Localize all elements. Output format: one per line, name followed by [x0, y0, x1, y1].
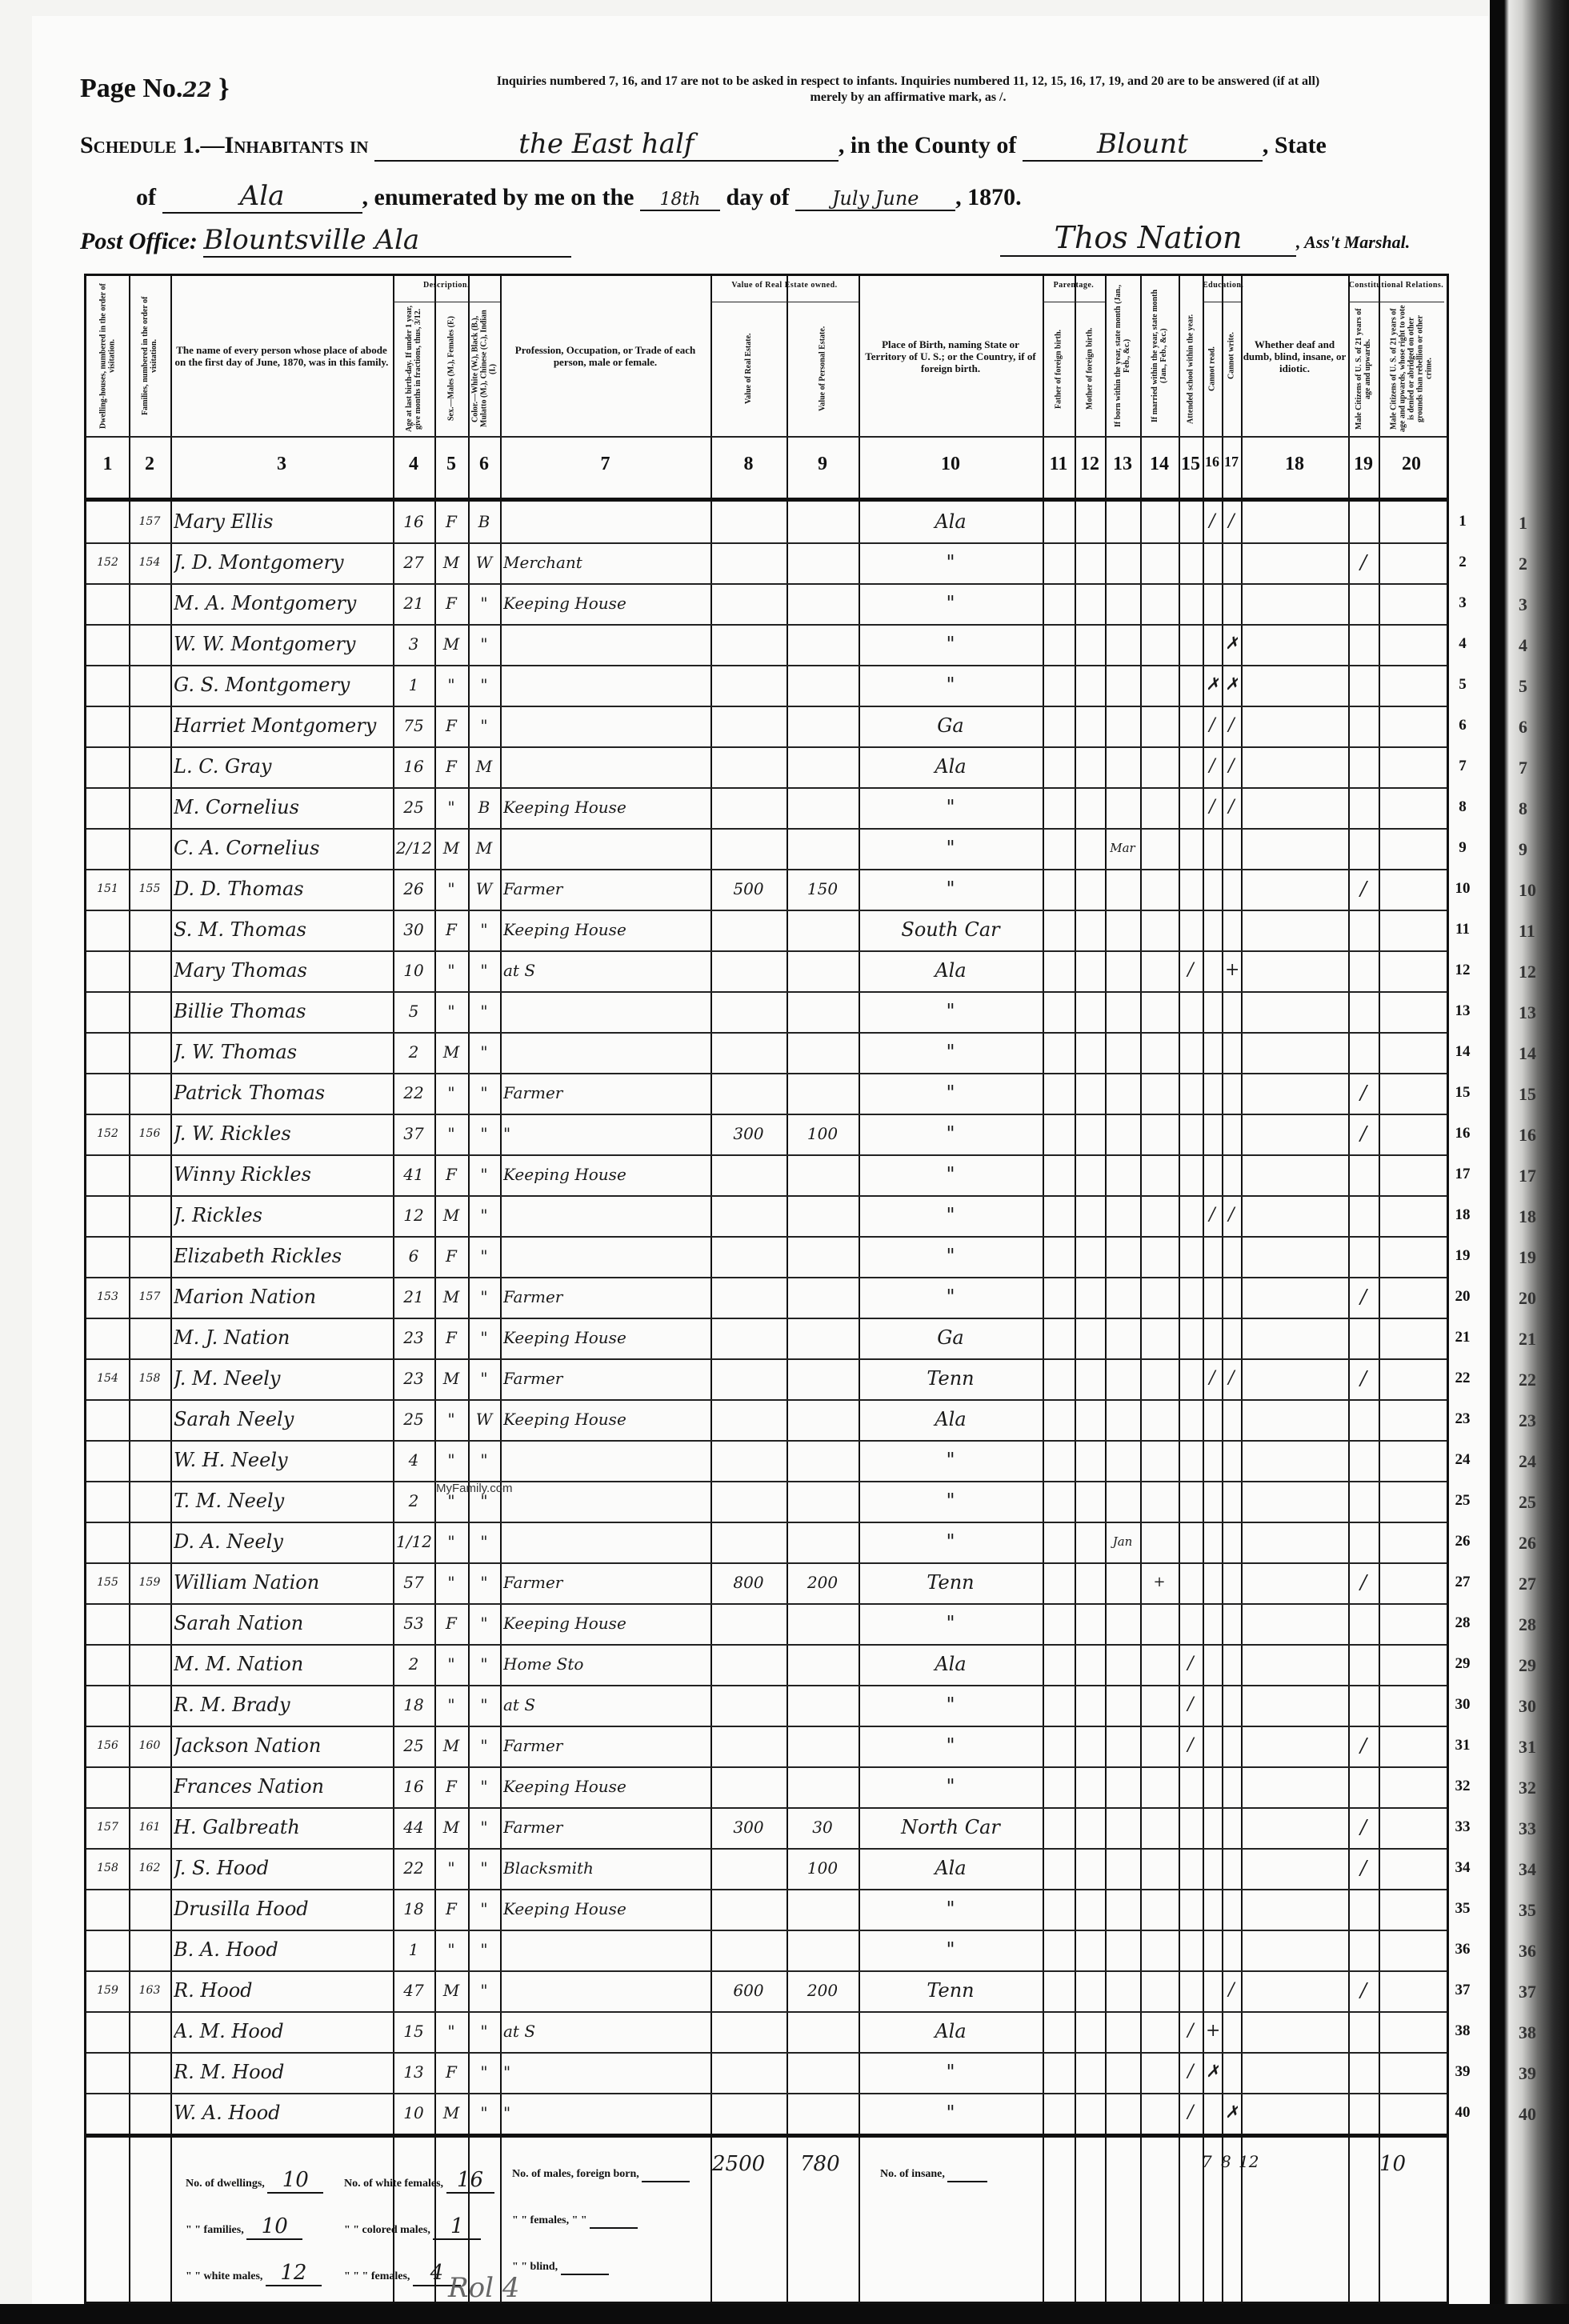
- cell-age: 16: [396, 1766, 431, 1806]
- cell-sex: ": [438, 1073, 465, 1113]
- binding-line-number: 25: [1519, 1492, 1536, 1513]
- column-divider: [434, 276, 436, 2302]
- cell-real: 500: [714, 869, 783, 909]
- cell-sex: M: [438, 1195, 465, 1235]
- group-real-estate: Value of Real Estate owned.: [710, 281, 859, 290]
- subdivision-field: the East half: [374, 128, 839, 162]
- line-number: 16: [1451, 1125, 1475, 1142]
- group-underline: [393, 302, 500, 302]
- summary-divider: [86, 2134, 1447, 2138]
- cell-color: ": [471, 1889, 497, 1929]
- cell-age: 44: [396, 1807, 431, 1847]
- cell-birthplace: Ala: [862, 502, 1039, 542]
- cell-sex: ": [438, 991, 465, 1031]
- cell-sex: ": [438, 1848, 465, 1888]
- cell-age: 22: [396, 1073, 431, 1113]
- cell-sex: F: [438, 1236, 465, 1276]
- cell-dwelling: 158: [90, 1848, 126, 1888]
- binding-line-number: 32: [1519, 1778, 1536, 1798]
- binding-line-number: 35: [1519, 1900, 1536, 1921]
- summary-colored-males: " " colored males, 1: [344, 2214, 481, 2240]
- column-divider: [1043, 276, 1044, 2302]
- header-divider: [86, 436, 1447, 438]
- cell-sex: M: [438, 828, 465, 868]
- column-header-19: Male Citizens of U. S. of 21 years of ag…: [1350, 305, 1377, 433]
- cell-color: W: [471, 1399, 497, 1439]
- cell-name: J. W. Rickles: [174, 1114, 390, 1154]
- cell-real: 800: [714, 1562, 783, 1602]
- cell-name: M. M. Nation: [174, 1644, 390, 1684]
- cell-age: 6: [396, 1236, 431, 1276]
- column-header-1: Dwelling-houses, numbered in the order o…: [88, 279, 127, 433]
- binding-line-number: 40: [1519, 2104, 1536, 2125]
- cell-birthplace: ": [862, 1930, 1039, 1970]
- cell-color: B: [471, 502, 497, 542]
- cell-color: ": [471, 2052, 497, 2092]
- column-divider: [1222, 276, 1223, 2302]
- cell-name: J. S. Hood: [174, 1848, 390, 1888]
- line-number: 23: [1451, 1410, 1475, 1428]
- cell-age: 25: [396, 787, 431, 827]
- cell-personal: 100: [790, 1848, 855, 1888]
- cell-sex: ": [438, 1644, 465, 1684]
- cell-age: 13: [396, 2052, 431, 2092]
- cell-name: R. Hood: [174, 1970, 390, 2010]
- cell-color: ": [471, 2093, 497, 2133]
- cell-birthplace: ": [862, 583, 1039, 623]
- cell-name: William Nation: [174, 1562, 390, 1602]
- cell-c16: /: [1206, 1195, 1219, 1235]
- line-number: 38: [1451, 2022, 1475, 2040]
- column-number-12: 12: [1075, 454, 1105, 475]
- cell-birthplace: Ala: [862, 746, 1039, 786]
- group-underline: [1348, 302, 1444, 302]
- cell-name: W. A. Hood: [174, 2093, 390, 2133]
- column-number-6: 6: [468, 454, 500, 475]
- column-header-13: If born within the year, state month (Ja…: [1107, 279, 1139, 433]
- cell-birthplace: ": [862, 787, 1039, 827]
- cell-occupation: Farmer: [503, 1277, 707, 1317]
- binding-line-number: 13: [1519, 1002, 1536, 1023]
- column-header-3: The name of every person whose place of …: [172, 279, 391, 433]
- binding-line-number: 7: [1519, 758, 1527, 778]
- cell-occupation: at S: [503, 1685, 707, 1725]
- column-number-4: 4: [393, 454, 434, 475]
- line-number: 11: [1451, 921, 1475, 938]
- column-number-8: 8: [710, 454, 787, 475]
- binding-line-number: 24: [1519, 1451, 1536, 1472]
- column-divider: [1140, 276, 1142, 2302]
- cell-name: Frances Nation: [174, 1766, 390, 1806]
- state-field: Ala: [162, 180, 362, 214]
- cell-birthplace: ": [862, 1032, 1039, 1072]
- column-divider: [1379, 276, 1380, 2302]
- column-header-15: Attended school within the year.: [1180, 305, 1201, 433]
- cell-birthplace: ": [862, 991, 1039, 1031]
- line-number: 10: [1451, 880, 1475, 898]
- cell-personal: 150: [790, 869, 855, 909]
- cell-age: 10: [396, 2093, 431, 2133]
- cell-age: 37: [396, 1114, 431, 1154]
- cell-color: ": [471, 1318, 497, 1358]
- cell-name: Billie Thomas: [174, 991, 390, 1031]
- line-number: 12: [1451, 962, 1475, 979]
- summary-families: " " families, 10: [186, 2214, 302, 2240]
- cell-name: G. S. Montgomery: [174, 665, 390, 705]
- cell-color: ": [471, 991, 497, 1031]
- cell-c15: /: [1182, 2011, 1199, 2051]
- cell-age: 57: [396, 1562, 431, 1602]
- cell-personal: 200: [790, 1970, 855, 2010]
- cell-name: R. M. Hood: [174, 2052, 390, 2092]
- total-cannot-read: 8: [1221, 2152, 1231, 2171]
- line-number: 21: [1451, 1329, 1475, 1346]
- cell-occupation: Keeping House: [503, 910, 707, 950]
- cell-c14: +: [1143, 1562, 1175, 1602]
- cell-family: 159: [132, 1562, 167, 1602]
- cell-dwelling: 159: [90, 1970, 126, 2010]
- cell-birthplace: Ala: [862, 1848, 1039, 1888]
- cell-color: ": [471, 1644, 497, 1684]
- column-divider: [787, 276, 788, 2302]
- cell-color: ": [471, 1358, 497, 1398]
- cell-age: 22: [396, 1848, 431, 1888]
- cell-color: ": [471, 910, 497, 950]
- total-real-estate: 2500: [712, 2152, 765, 2176]
- total-attended-school: 7: [1202, 2152, 1212, 2171]
- cell-name: M. J. Nation: [174, 1318, 390, 1358]
- cell-birthplace: ": [862, 1889, 1039, 1929]
- line-number: 15: [1451, 1084, 1475, 1102]
- cell-c17: /: [1225, 706, 1238, 746]
- cell-name: Patrick Thomas: [174, 1073, 390, 1113]
- column-divider: [393, 276, 394, 2302]
- cell-c15: /: [1182, 2093, 1199, 2133]
- cell-c17: +: [1225, 950, 1238, 990]
- column-number-7: 7: [500, 454, 710, 475]
- cell-age: 16: [396, 502, 431, 542]
- column-header-17: Cannot write.: [1223, 279, 1239, 433]
- cell-color: ": [471, 1522, 497, 1562]
- cell-age: 23: [396, 1358, 431, 1398]
- cell-sex: ": [438, 1114, 465, 1154]
- cell-c16: /: [1206, 502, 1219, 542]
- cell-occupation: ": [503, 2052, 707, 2092]
- cell-color: ": [471, 1848, 497, 1888]
- cell-age: 21: [396, 1277, 431, 1317]
- cell-birthplace: ": [862, 665, 1039, 705]
- cell-age: 12: [396, 1195, 431, 1235]
- cell-c19: /: [1351, 869, 1375, 909]
- cell-dwelling: 151: [90, 869, 126, 909]
- cell-sex: ": [438, 1399, 465, 1439]
- county-field: Blount: [1023, 128, 1263, 162]
- column-header-16: Cannot read.: [1204, 305, 1220, 433]
- cell-name: Elizabeth Rickles: [174, 1236, 390, 1276]
- column-header-7: Profession, Occupation, or Trade of each…: [502, 279, 709, 433]
- summary-colored-females: " " " females, 4: [344, 2261, 461, 2286]
- cell-sex: ": [438, 787, 465, 827]
- cell-sex: M: [438, 1807, 465, 1847]
- cell-name: Harriet Montgomery: [174, 706, 390, 746]
- column-number-17: 17: [1222, 454, 1241, 470]
- line-number: 2: [1451, 554, 1475, 571]
- column-number-19: 19: [1348, 454, 1379, 475]
- cell-name: Winny Rickles: [174, 1154, 390, 1194]
- binding-line-number: 2: [1519, 554, 1527, 574]
- column-divider: [468, 276, 470, 2302]
- cell-occupation: Home Sto: [503, 1644, 707, 1684]
- cell-birthplace: ": [862, 1603, 1039, 1643]
- cell-sex: M: [438, 1358, 465, 1398]
- cell-sex: F: [438, 1154, 465, 1194]
- summary-dwellings: No. of dwellings, 10: [186, 2168, 323, 2194]
- cell-birthplace: ": [862, 1236, 1039, 1276]
- line-number: 6: [1451, 717, 1475, 734]
- binding-line-number: 17: [1519, 1166, 1536, 1186]
- cell-birthplace: ": [862, 1685, 1039, 1725]
- cell-age: 25: [396, 1726, 431, 1766]
- cell-age: 2: [396, 1032, 431, 1072]
- binding-line-number: 21: [1519, 1329, 1536, 1350]
- cell-c19: /: [1351, 1807, 1375, 1847]
- total-male-citizens: 10: [1379, 2152, 1406, 2176]
- post-office-line: Post Office: Blountsville Ala: [80, 224, 571, 258]
- instructions-note: Inquiries numbered 7, 16, and 17 are not…: [348, 74, 1468, 106]
- cell-birthplace: Ga: [862, 706, 1039, 746]
- line-number: 3: [1451, 594, 1475, 612]
- cell-occupation: ": [503, 2093, 707, 2133]
- cell-age: 18: [396, 1685, 431, 1725]
- cell-c16: /: [1206, 787, 1219, 827]
- cell-age: 1: [396, 1930, 431, 1970]
- column-divider: [1203, 276, 1204, 2302]
- cell-occupation: Farmer: [503, 1807, 707, 1847]
- cell-age: 10: [396, 950, 431, 990]
- cell-sex: F: [438, 910, 465, 950]
- line-number: 39: [1451, 2063, 1475, 2081]
- cell-c16: +: [1206, 2011, 1219, 2051]
- cell-color: ": [471, 1766, 497, 1806]
- cell-birthplace: Tenn: [862, 1358, 1039, 1398]
- column-number-20: 20: [1379, 454, 1444, 475]
- binding-line-number: 22: [1519, 1370, 1536, 1390]
- cell-sex: ": [438, 665, 465, 705]
- cell-birthplace: South Car: [862, 910, 1039, 950]
- cell-family: 160: [132, 1726, 167, 1766]
- binding-line-number: 10: [1519, 880, 1536, 901]
- cell-color: ": [471, 624, 497, 664]
- watermark: MyFamily.com: [436, 1482, 513, 1495]
- cell-name: Marion Nation: [174, 1277, 390, 1317]
- line-number: 1: [1451, 513, 1475, 530]
- cell-sex: M: [438, 1277, 465, 1317]
- binding-line-number: 6: [1519, 717, 1527, 738]
- binding-line-number: 19: [1519, 1247, 1536, 1268]
- cell-occupation: ": [503, 1114, 707, 1154]
- cell-age: 1: [396, 665, 431, 705]
- cell-color: W: [471, 542, 497, 582]
- binding-line-number: 18: [1519, 1206, 1536, 1227]
- cell-sex: ": [438, 1440, 465, 1480]
- book-binding-edge: [1490, 0, 1569, 2324]
- cell-sex: M: [438, 542, 465, 582]
- cell-color: W: [471, 869, 497, 909]
- cell-c19: /: [1351, 1726, 1375, 1766]
- cell-dwelling: 152: [90, 1114, 126, 1154]
- cell-birthplace: Ala: [862, 1644, 1039, 1684]
- cell-age: 5: [396, 991, 431, 1031]
- cell-c13: Jan: [1108, 1522, 1137, 1562]
- cell-sex: ": [438, 1930, 465, 1970]
- line-number: 27: [1451, 1574, 1475, 1591]
- cell-name: J. D. Montgomery: [174, 542, 390, 582]
- line-number: 13: [1451, 1002, 1475, 1020]
- binding-line-number: 37: [1519, 1982, 1536, 2002]
- cell-name: Jackson Nation: [174, 1726, 390, 1766]
- cell-c16: ✗: [1206, 665, 1219, 705]
- cell-color: ": [471, 1073, 497, 1113]
- binding-line-number: 33: [1519, 1818, 1536, 1839]
- cell-age: 2: [396, 1481, 431, 1521]
- cell-family: 156: [132, 1114, 167, 1154]
- cell-age: 3: [396, 624, 431, 664]
- column-number-15: 15: [1179, 454, 1203, 475]
- column-divider: [129, 276, 130, 2302]
- cell-color: ": [471, 1440, 497, 1480]
- cell-real: 300: [714, 1807, 783, 1847]
- line-number: 18: [1451, 1206, 1475, 1224]
- cell-birthplace: ": [862, 869, 1039, 909]
- cell-c17: /: [1225, 787, 1238, 827]
- cell-name: S. M. Thomas: [174, 910, 390, 950]
- cell-sex: M: [438, 624, 465, 664]
- line-number: 32: [1451, 1778, 1475, 1795]
- cell-c19: /: [1351, 1073, 1375, 1113]
- line-number: 36: [1451, 1941, 1475, 1958]
- line-number: 30: [1451, 1696, 1475, 1714]
- cell-occupation: Merchant: [503, 542, 707, 582]
- cell-color: ": [471, 1603, 497, 1643]
- column-divider: [859, 276, 860, 2302]
- cell-birthplace: North Car: [862, 1807, 1039, 1847]
- cell-c19: /: [1351, 1277, 1375, 1317]
- binding-line-number: 36: [1519, 1941, 1536, 1962]
- cell-age: 18: [396, 1889, 431, 1929]
- cell-color: ": [471, 1236, 497, 1276]
- cell-sex: M: [438, 2093, 465, 2133]
- line-number: 8: [1451, 798, 1475, 816]
- binding-line-number: 23: [1519, 1410, 1536, 1431]
- line-number: 5: [1451, 676, 1475, 694]
- cell-color: ": [471, 583, 497, 623]
- cell-color: ": [471, 1726, 497, 1766]
- line-number: 33: [1451, 1818, 1475, 1836]
- cell-c19: /: [1351, 1970, 1375, 2010]
- cell-sex: F: [438, 706, 465, 746]
- census-table: Description.Value of Real Estate owned.P…: [84, 274, 1449, 2304]
- cell-birthplace: ": [862, 828, 1039, 868]
- cell-c13: Mar: [1108, 828, 1137, 868]
- cell-c15: /: [1182, 950, 1199, 990]
- column-divider: [500, 276, 502, 2302]
- cell-name: D. A. Neely: [174, 1522, 390, 1562]
- cell-birthplace: ": [862, 1726, 1039, 1766]
- cell-name: Mary Thomas: [174, 950, 390, 990]
- line-number: 20: [1451, 1288, 1475, 1306]
- cell-age: 26: [396, 869, 431, 909]
- line-number: 40: [1451, 2104, 1475, 2122]
- summary-foreign-males: No. of males, foreign born,: [512, 2168, 690, 2182]
- line-number: 17: [1451, 1166, 1475, 1183]
- cell-age: 75: [396, 706, 431, 746]
- binding-line-number: 39: [1519, 2063, 1536, 2084]
- cell-color: ": [471, 1114, 497, 1154]
- cell-birthplace: ": [862, 1481, 1039, 1521]
- column-divider: [1105, 276, 1107, 2302]
- binding-line-number: 27: [1519, 1574, 1536, 1594]
- cell-family: 161: [132, 1807, 167, 1847]
- column-number-9: 9: [787, 454, 859, 475]
- cell-c19: /: [1351, 1848, 1375, 1888]
- column-number-13: 13: [1105, 454, 1140, 475]
- column-number-14: 14: [1140, 454, 1179, 475]
- cell-name: J. Rickles: [174, 1195, 390, 1235]
- cell-family: 162: [132, 1848, 167, 1888]
- cell-dwelling: 156: [90, 1726, 126, 1766]
- cell-age: 30: [396, 910, 431, 950]
- summary-white-females: No. of white females, 16: [344, 2168, 494, 2194]
- cell-age: 2/12: [396, 828, 431, 868]
- cell-c15: /: [1182, 1726, 1199, 1766]
- cell-birthplace: ": [862, 1073, 1039, 1113]
- cell-c15: /: [1182, 1644, 1199, 1684]
- cell-color: ": [471, 706, 497, 746]
- column-number-5: 5: [434, 454, 468, 475]
- state-line: of Ala, enumerated by me on the 18th day…: [136, 180, 1022, 214]
- cell-dwelling: 155: [90, 1562, 126, 1602]
- month-field: July June: [795, 187, 955, 211]
- cell-color: B: [471, 787, 497, 827]
- cell-color: ": [471, 1154, 497, 1194]
- cell-family: 155: [132, 869, 167, 909]
- cell-color: ": [471, 1032, 497, 1072]
- cell-sex: ": [438, 950, 465, 990]
- cell-occupation: Keeping House: [503, 787, 707, 827]
- cell-c16: /: [1206, 746, 1219, 786]
- cell-sex: F: [438, 1889, 465, 1929]
- cell-occupation: Blacksmith: [503, 1848, 707, 1888]
- binding-line-number: 30: [1519, 1696, 1536, 1717]
- cell-c16: /: [1206, 706, 1219, 746]
- cell-personal: 200: [790, 1562, 855, 1602]
- cell-age: 2: [396, 1644, 431, 1684]
- cell-birthplace: ": [862, 624, 1039, 664]
- cell-occupation: Keeping House: [503, 1154, 707, 1194]
- cell-color: ": [471, 2011, 497, 2051]
- binding-line-number: 8: [1519, 798, 1527, 819]
- summary-white-males: " " white males, 12: [186, 2261, 322, 2286]
- cell-birthplace: Ga: [862, 1318, 1039, 1358]
- cell-sex: M: [438, 1032, 465, 1072]
- cell-occupation: Farmer: [503, 1562, 707, 1602]
- cell-birthplace: ": [862, 1522, 1039, 1562]
- cell-birthplace: Ala: [862, 950, 1039, 990]
- line-number: 25: [1451, 1492, 1475, 1510]
- cell-c17: /: [1225, 1195, 1238, 1235]
- cell-sex: F: [438, 1766, 465, 1806]
- page-number-label: Page No.22 }: [80, 74, 230, 104]
